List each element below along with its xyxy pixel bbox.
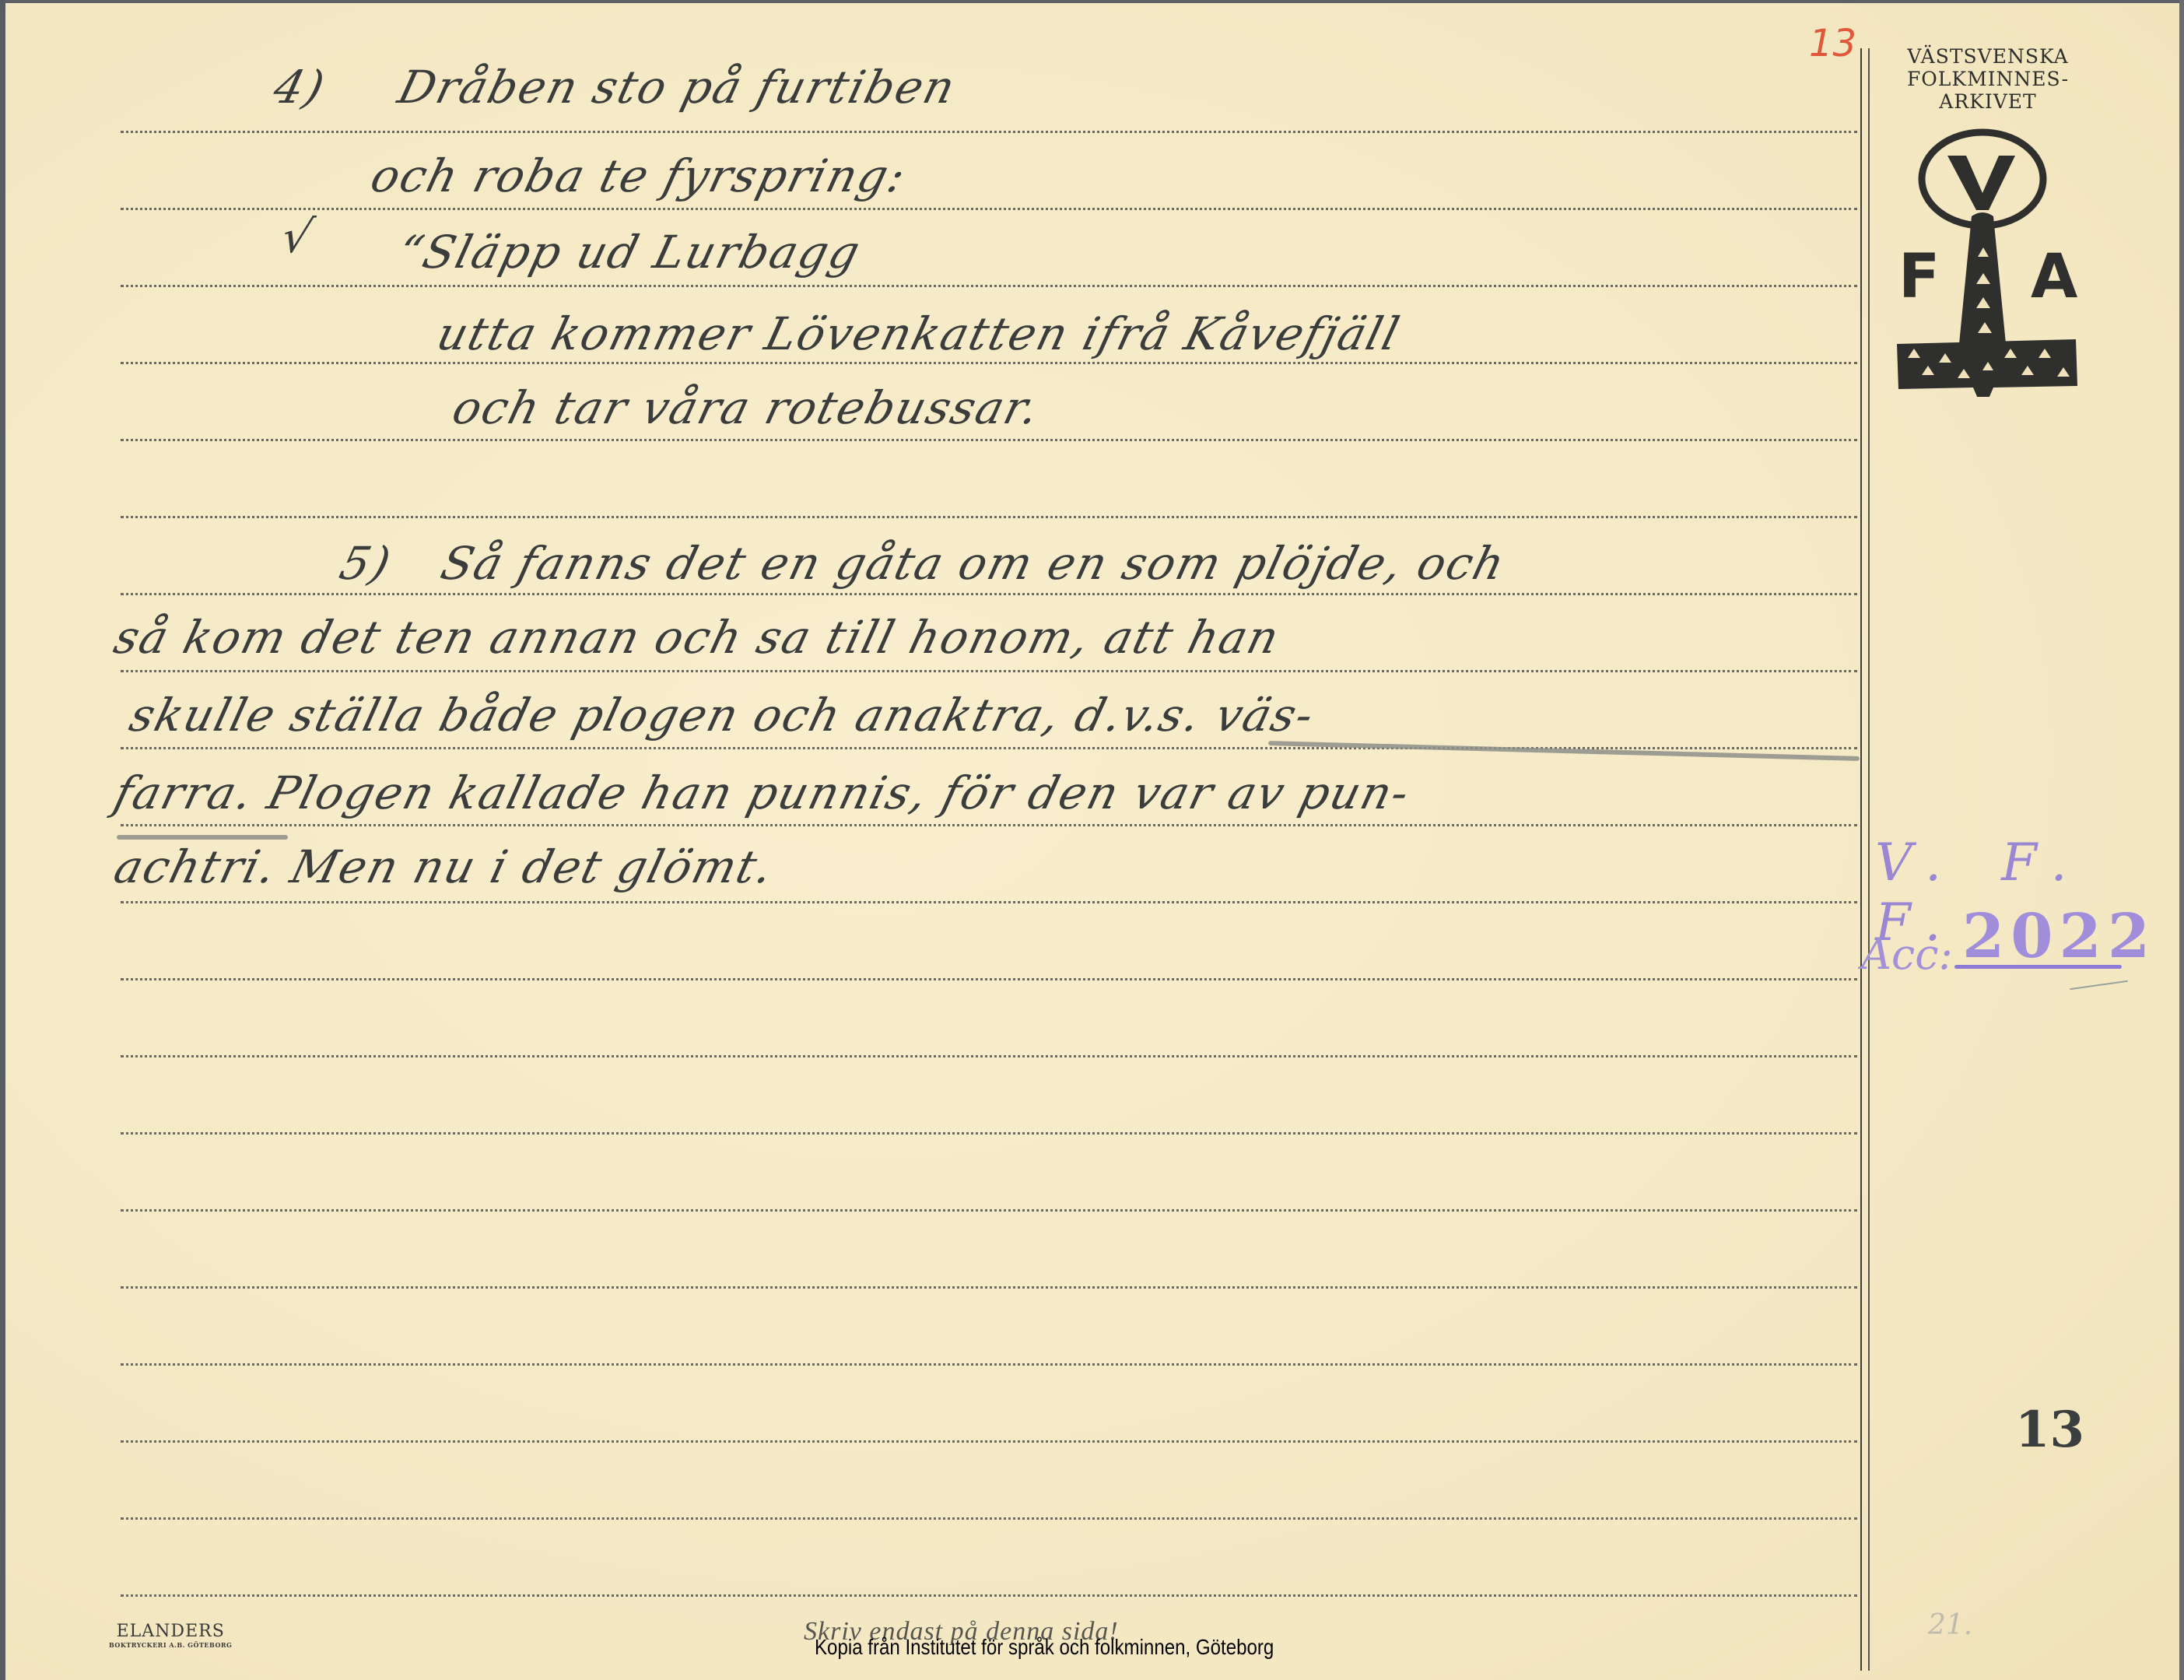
dotted-line xyxy=(121,439,1857,441)
pencil-underline xyxy=(1268,741,1860,761)
pencil-note: 21. xyxy=(1928,1609,1972,1641)
dotted-line xyxy=(121,1132,1857,1135)
item5-line5: achtri. Men nu i det glömt. xyxy=(109,840,780,893)
dotted-line xyxy=(121,1055,1857,1057)
item4-line2: och roba te fyrspring: xyxy=(366,149,912,202)
printed-page-number: 13 xyxy=(2015,1401,2084,1459)
dotted-line xyxy=(121,901,1857,903)
check-mark-icon: √ xyxy=(276,210,320,263)
item4-line5: och tar våra rotebussar. xyxy=(447,381,1046,434)
pencil-underline xyxy=(117,835,288,840)
logo-letter-a: A xyxy=(2031,242,2077,312)
dotted-line xyxy=(121,131,1857,133)
red-page-number: 13 xyxy=(1809,22,1856,65)
dotted-line xyxy=(121,516,1857,518)
dotted-line xyxy=(121,362,1857,364)
item5-line4: farra. Plogen kallade han punnis, för de… xyxy=(109,766,1416,819)
stamp-acc-label: Acc: xyxy=(1861,930,1953,979)
item5-line2: så kom det ten annan och sa till honom, … xyxy=(109,611,1285,664)
scan-edge-left xyxy=(0,0,5,1680)
vfa-hammer-logo-icon: F A xyxy=(1891,125,2081,397)
dotted-line xyxy=(121,1517,1857,1520)
dotted-line xyxy=(121,208,1857,210)
dotted-line xyxy=(121,824,1857,826)
scan-edge-top xyxy=(0,0,2184,3)
printer-name: ELANDERS xyxy=(109,1622,232,1641)
dotted-line xyxy=(121,670,1857,672)
printer-mark: ELANDERS BOKTRYCKERI A.B. GÖTEBORG xyxy=(109,1622,232,1649)
archive-name-line2: FOLKMINNES- xyxy=(1883,68,2093,90)
item4-number: 4) xyxy=(268,61,331,114)
margin-rule-inner xyxy=(1860,48,1862,1671)
printer-subtitle: BOKTRYCKERI A.B. GÖTEBORG xyxy=(109,1641,232,1649)
logo-letter-f: F xyxy=(1898,242,1940,312)
item5-number: 5) xyxy=(335,537,397,590)
item4-line3: “Släpp ud Lurbagg xyxy=(393,226,867,279)
copy-notice: Kopia från Institutet för språk och folk… xyxy=(815,1635,1274,1660)
dotted-line xyxy=(121,1594,1857,1597)
stamp-underline xyxy=(1954,965,2122,969)
stamp-accession-number: 2022 xyxy=(1962,901,2156,972)
dotted-line xyxy=(121,1440,1857,1443)
item4-line1: Dråben sto på furtiben xyxy=(393,61,962,114)
dotted-line xyxy=(121,1286,1857,1289)
margin-rule-outer xyxy=(1868,48,1870,1671)
dotted-line xyxy=(121,978,1857,980)
dotted-line xyxy=(121,1209,1857,1212)
item4-line4: utta kommer Lövenkatten ifrå Kåvefjäll xyxy=(432,307,1406,360)
archive-name-line3: ARKIVET xyxy=(1883,90,2093,113)
archive-name-line1: VÄSTSVENSKA xyxy=(1883,45,2093,68)
dotted-line xyxy=(121,593,1857,595)
pencil-stroke xyxy=(2070,980,2128,990)
dotted-line xyxy=(121,285,1857,287)
archive-record-page: 13 VÄSTSVENSKA FOLKMINNES- ARKIVET F A 4… xyxy=(0,0,2184,1680)
item5-line1: Så fanns det en gåta om en som plöjde, o… xyxy=(436,537,1511,590)
dotted-line xyxy=(121,1363,1857,1366)
item5-line3: skulle ställa både plogen och anaktra, d… xyxy=(124,689,1320,742)
